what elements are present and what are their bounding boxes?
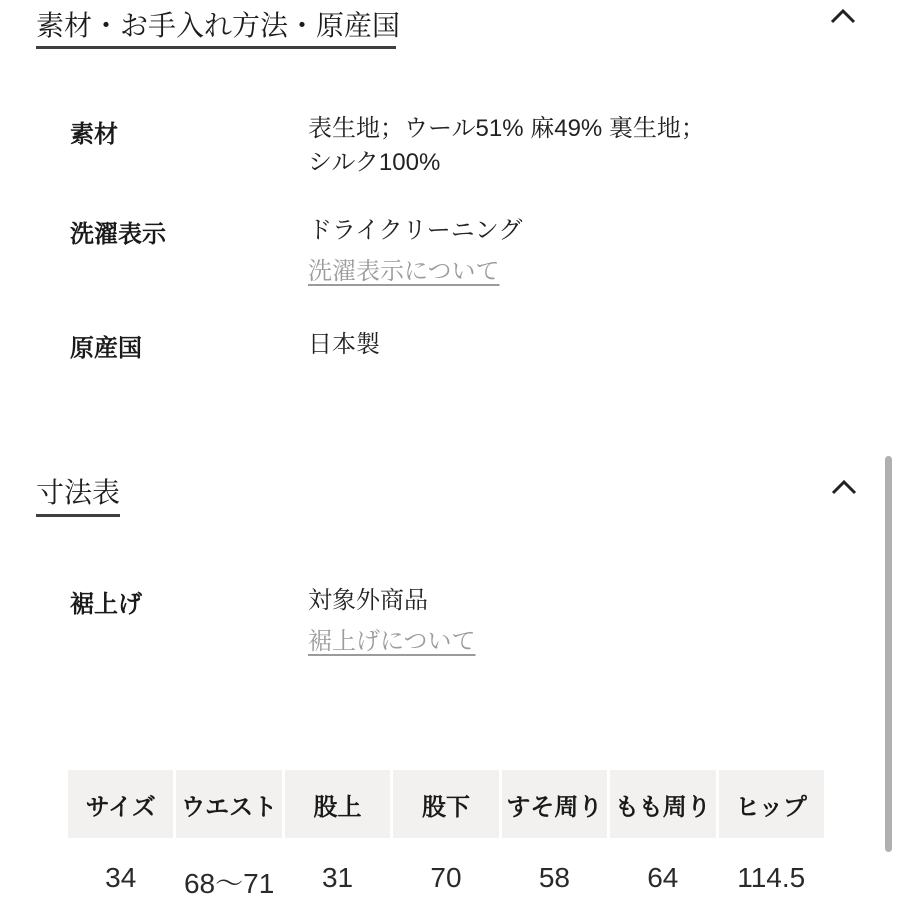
washing-label-info-link[interactable]: 洗濯表示について <box>308 251 500 286</box>
size-table-value-cell: 114.5 <box>719 862 824 900</box>
size-table-header-cell: すそ周り <box>502 770 607 838</box>
vertical-scrollbar-thumb[interactable] <box>885 456 892 852</box>
material-value: 表生地；ウール51% 麻49% 裏生地；シルク100% <box>308 112 720 180</box>
chevron-up-icon <box>830 484 858 499</box>
size-measurement-table: サイズ ウエスト 股上 股下 すそ周り もも周り ヒップ 34 68〜71 31… <box>68 770 824 900</box>
material-label: 素材 <box>70 114 118 149</box>
size-table-value-cell: 58 <box>502 862 607 900</box>
section-title-size-chart: 寸法表 <box>36 471 120 511</box>
size-table-header-cell: 股下 <box>393 770 498 838</box>
product-detail-page: 素材・お手入れ方法・原産国 素材 表生地；ウール51% 麻49% 裏生地；シルク… <box>0 0 900 900</box>
size-table-value-cell: 64 <box>610 862 715 900</box>
size-table-value-cell: 31 <box>285 862 390 900</box>
hemming-info-link[interactable]: 裾上げについて <box>308 621 476 656</box>
section-title-underline <box>36 46 396 49</box>
size-table-value-cell: 70 <box>393 862 498 900</box>
size-table-header-cell: 股上 <box>285 770 390 838</box>
chevron-up-icon <box>829 13 857 28</box>
size-table-header-row: サイズ ウエスト 股上 股下 すそ周り もも周り ヒップ <box>68 770 824 838</box>
washing-label: 洗濯表示 <box>70 214 166 249</box>
hemming-value: 対象外商品 <box>308 584 428 618</box>
section-title-material-care-origin: 素材・お手入れ方法・原産国 <box>36 4 400 44</box>
size-table-value-cell: 34 <box>68 862 173 900</box>
size-table-data-row: 34 68〜71 31 70 58 64 114.5 <box>68 862 824 900</box>
size-table-header-cell: ヒップ <box>719 770 824 838</box>
origin-label: 原産国 <box>70 328 142 363</box>
size-table-header-cell: もも周り <box>610 770 715 838</box>
washing-value: ドライクリーニング <box>308 214 522 248</box>
size-table-header-cell: ウエスト <box>176 770 281 838</box>
size-table-value-cell: 68〜71 <box>176 862 281 900</box>
collapse-section-material-button[interactable] <box>829 8 857 25</box>
collapse-section-size-chart-button[interactable] <box>830 479 858 496</box>
hemming-label: 裾上げ <box>70 584 142 619</box>
origin-value: 日本製 <box>308 328 380 362</box>
section-title-underline <box>36 514 120 517</box>
size-table-header-cell: サイズ <box>68 770 173 838</box>
